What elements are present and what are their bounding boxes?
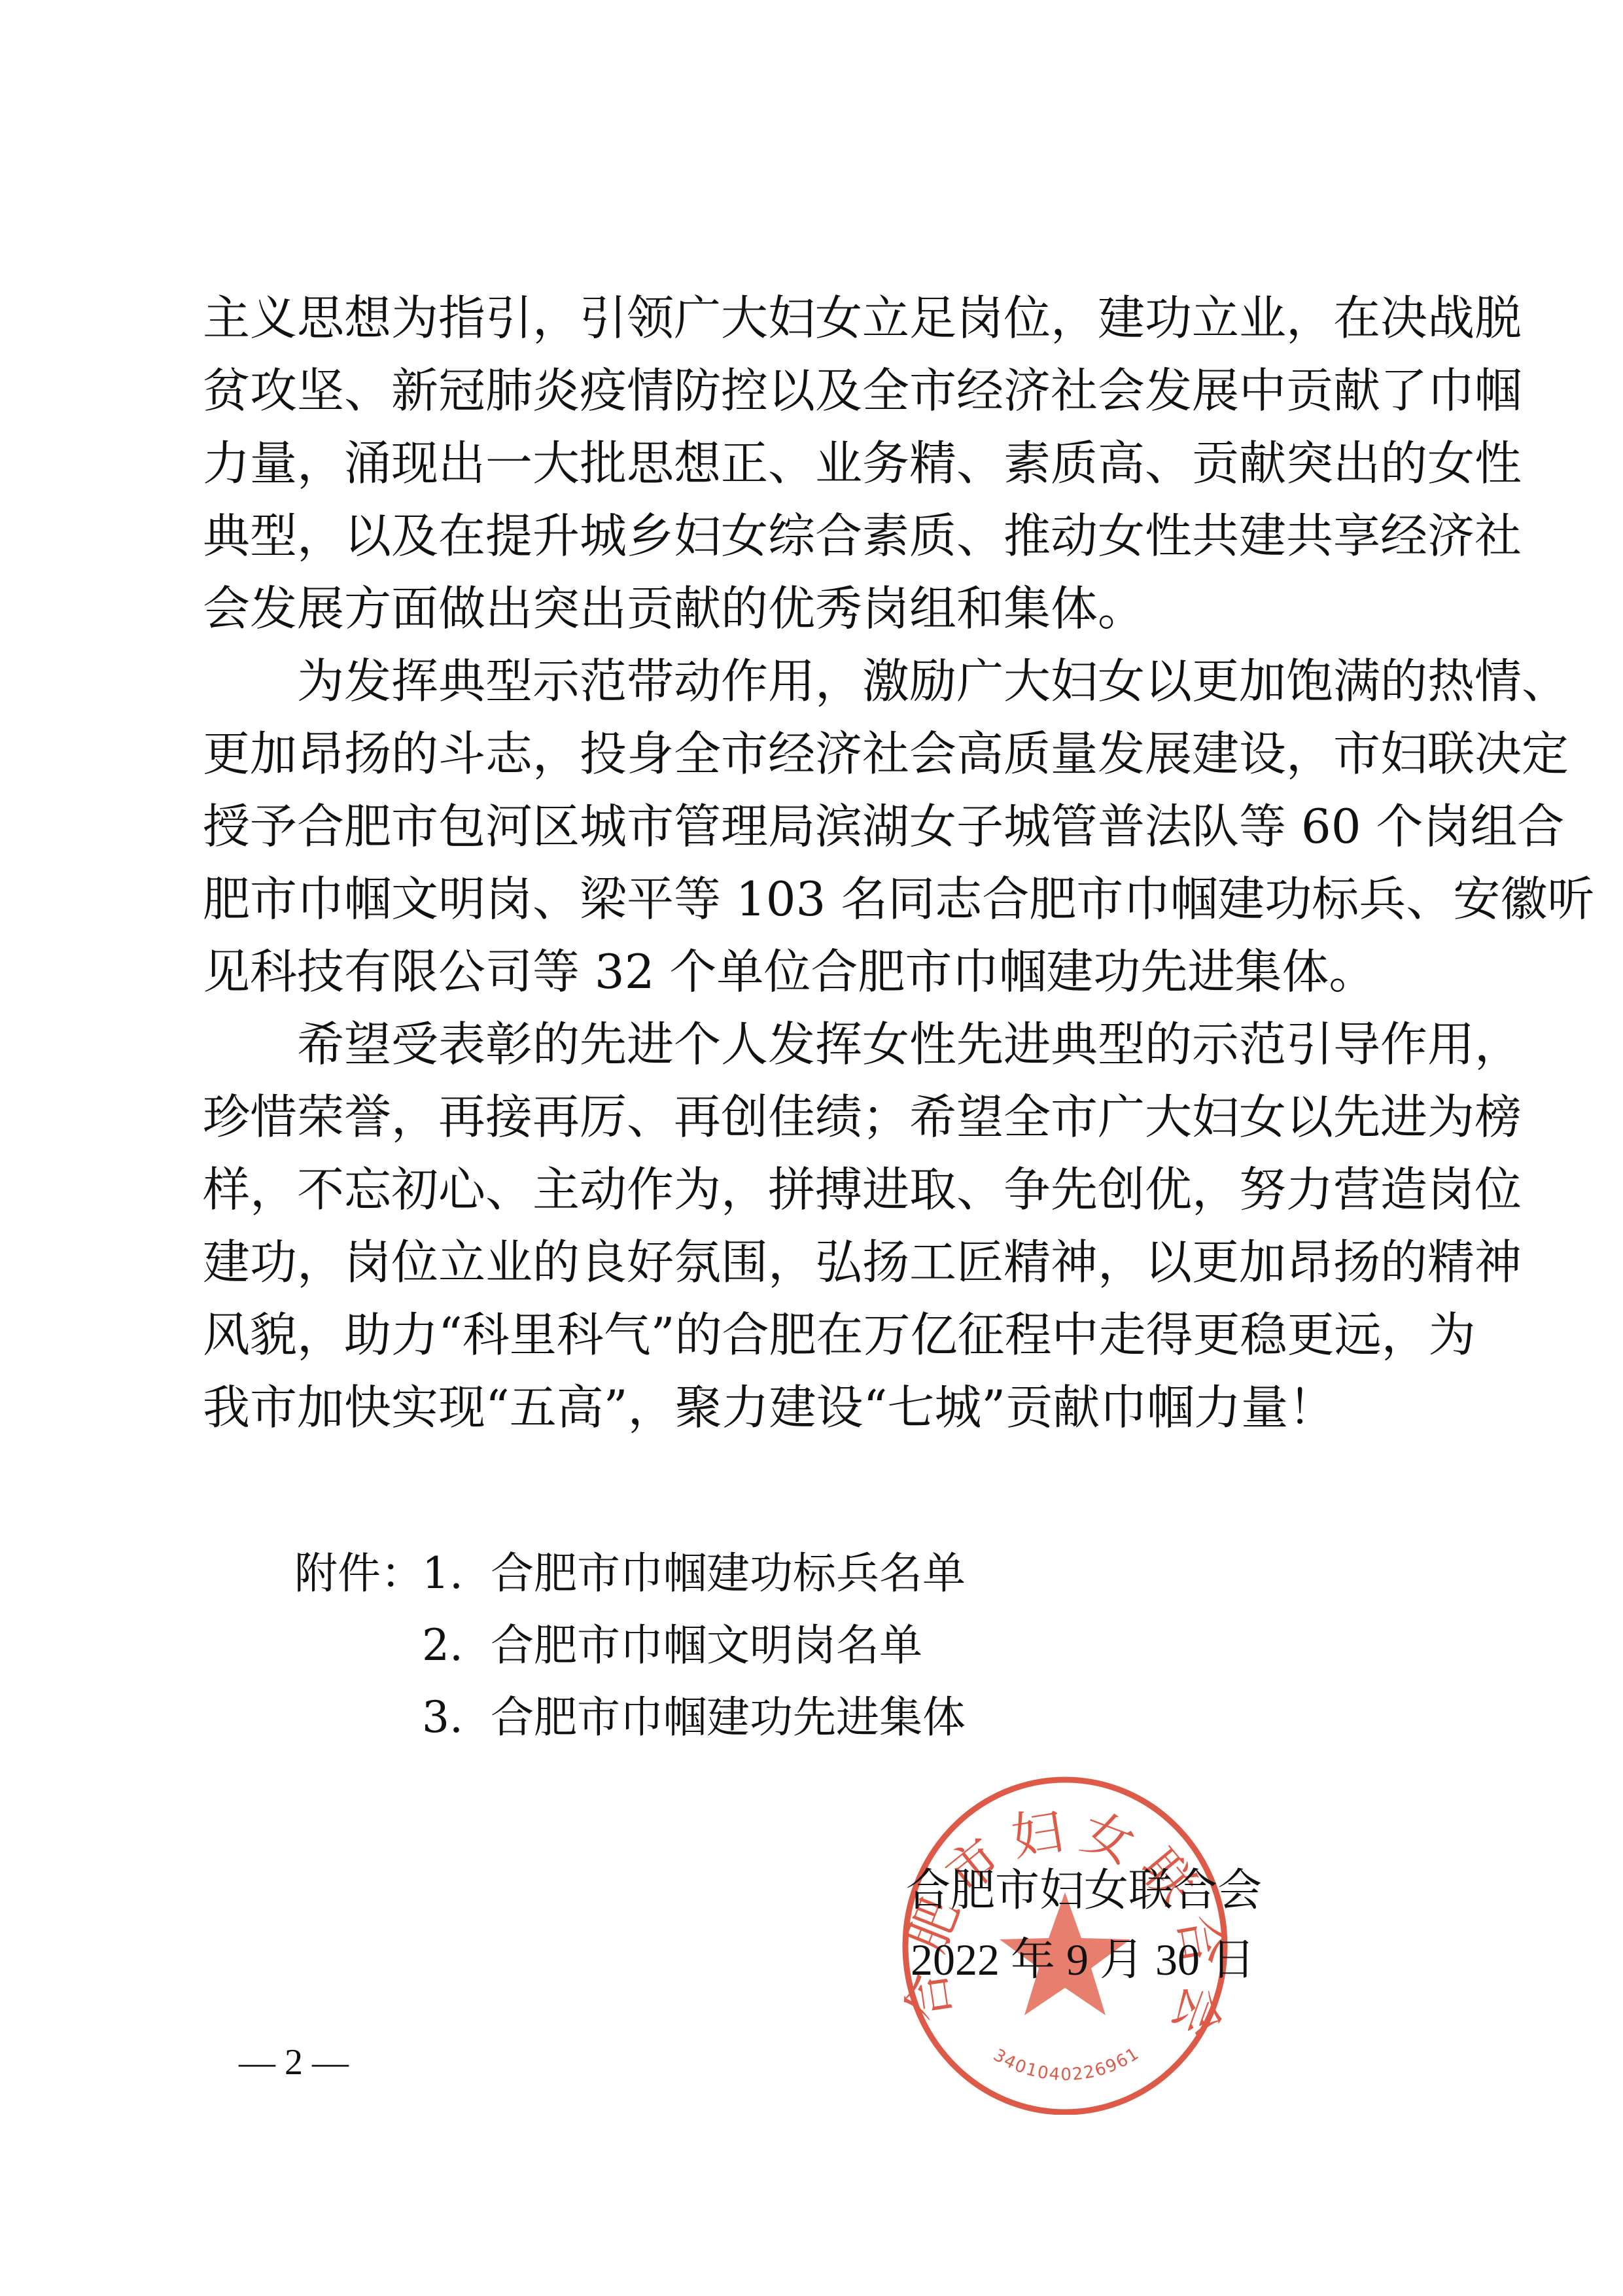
- paragraph-1-line-2: 贫攻坚、新冠肺炎疫情防控以及全市经济社会发展中贡献了巾帼: [203, 358, 1433, 423]
- paragraph-3-line-5: 风貌，助力“科里科气”的合肥在万亿征程中走得更稳更远，为: [203, 1302, 1433, 1368]
- paragraph-3-line-3: 样，不忘初心、主动作为，拼搏进取、争先创优，努力营造岗位: [203, 1157, 1433, 1222]
- attachment-3-title: 合肥市巾帼建功先进集体: [491, 1688, 966, 1747]
- signature-date: 2022 年 9 月 30 日: [911, 1930, 1255, 1989]
- attachment-2-number: 2.: [422, 1616, 463, 1675]
- paragraph-1-line-5: 会发展方面做出突出贡献的优秀岗组和集体。: [203, 576, 1433, 641]
- paragraph-2-line-4: 肥市巾帼文明岗、梁平等 103 名同志合肥市巾帼建功标兵、安徽听: [203, 866, 1433, 932]
- paragraph-3-line-2: 珍惜荣誉，再接再厉、再创佳绩；希望全市广大妇女以先进为榜: [203, 1084, 1433, 1150]
- paragraph-2-line-1: 为发挥典型示范带动作用，激励广大妇女以更加饱满的热情、: [203, 648, 1433, 714]
- paragraph-2-line-2: 更加昂扬的斗志，投身全市经济社会高质量发展建设，市妇联决定: [203, 721, 1433, 786]
- paragraph-1-line-1: 主义思想为指引，引领广大妇女立足岗位，建功立业，在决战脱: [203, 285, 1433, 351]
- paragraph-1-line-4: 典型，以及在提升城乡妇女综合素质、推动女性共建共享经济社: [203, 503, 1433, 569]
- paragraph-1-line-3: 力量，涌现出一大批思想正、业务精、素质高、贡献突出的女性: [203, 431, 1433, 496]
- paragraph-3-line-4: 建功，岗位立业的良好氛围，弘扬工匠精神，以更加昂扬的精神: [203, 1229, 1433, 1295]
- page-number: — 2 —: [239, 2041, 349, 2083]
- attachments-label: 附件：: [294, 1544, 424, 1603]
- seal-code-text: 3401040226961: [990, 2043, 1143, 2085]
- attachment-2-title: 合肥市巾帼文明岗名单: [491, 1616, 922, 1675]
- paragraph-3-line-6: 我市加快实现“五高”，聚力建设“七城”贡献巾帼力量！: [203, 1375, 1433, 1440]
- attachment-3-number: 3.: [422, 1688, 463, 1747]
- attachment-1-number: 1.: [422, 1544, 463, 1603]
- signature-organization: 合肥市妇女联合会: [906, 1862, 1262, 1920]
- paragraph-2-line-3: 授予合肥市包河区城市管理局滨湖女子城管普法队等 60 个岗组合: [203, 794, 1433, 859]
- paragraph-3-line-1: 希望受表彰的先进个人发挥女性先进典型的示范引导作用，: [203, 1012, 1433, 1077]
- paragraph-2-line-5: 见科技有限公司等 32 个单位合肥市巾帼建功先进集体。: [203, 939, 1433, 1004]
- attachment-1-title: 合肥市巾帼建功标兵名单: [491, 1544, 966, 1603]
